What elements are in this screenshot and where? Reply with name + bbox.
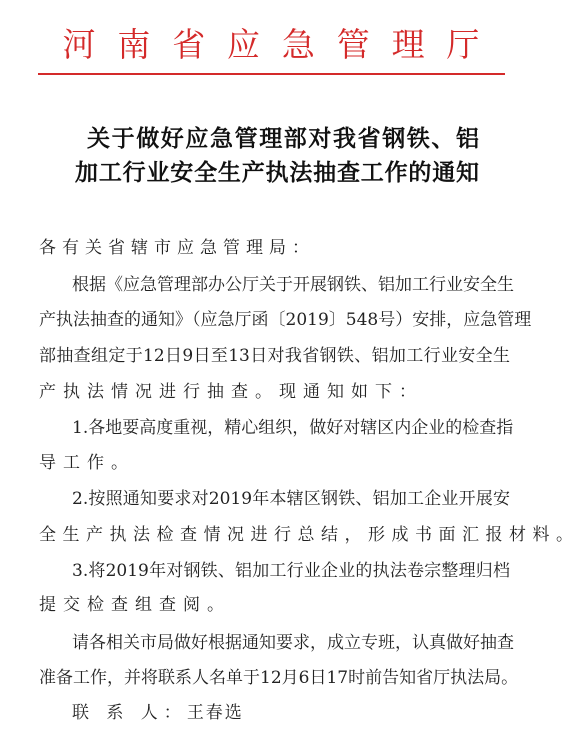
intro-line: 产执法抽查的通知》（应急厅函〔2019〕548号）安排，应急管理 — [39, 308, 510, 332]
closing-line: 准备工作，并将联系人名单于12月6日17时前告知省厅执法局。 — [39, 666, 510, 690]
document-title-line-2: 加工行业安全生产执法抽查工作的通知 — [75, 159, 479, 187]
letterhead-char: 南 — [117, 24, 151, 66]
item-1-line: 1.各地要高度重视，精心组织，做好对辖区内企业的检查指 — [72, 416, 510, 440]
letterhead-organization: 河 南 省 应 急 管 理 厅 — [62, 24, 480, 66]
contact-name: 王春选 — [187, 703, 244, 723]
closing-line: 请各相关市局做好根据通知要求，成立专班，认真做好抽查 — [72, 631, 510, 655]
intro-line: 根据《应急管理部办公厅关于开展钢铁、铝加工行业安全生 — [72, 273, 510, 297]
letterhead-char: 河 — [62, 24, 96, 66]
contact-person: 联 系 人：王春选 — [72, 701, 244, 725]
intro-line: 产执法情况进行抽查。现通知如下： — [39, 380, 510, 404]
item-2-line: 全生产执法检查情况进行总结，形成书面汇报材料。 — [39, 523, 510, 547]
letterhead-char: 省 — [172, 24, 206, 66]
letterhead-char: 理 — [391, 24, 425, 66]
item-3-line: 提交检查组查阅。 — [39, 593, 510, 617]
letterhead-char: 应 — [227, 24, 261, 66]
intro-line: 部抽查组定于12日9日至13日对我省钢铁、铝加工行业安全生 — [39, 344, 510, 368]
letterhead-red-rule — [38, 73, 505, 75]
item-3-line: 3.将2019年对钢铁、铝加工行业企业的执法卷宗整理归档 — [72, 559, 510, 583]
letterhead-char: 管 — [336, 24, 370, 66]
salutation: 各有关省辖市应急管理局： — [39, 236, 510, 260]
item-1-line: 导工作。 — [39, 451, 510, 475]
item-2-line: 2.按照通知要求对2019年本辖区钢铁、铝加工企业开展安 — [72, 487, 510, 511]
letterhead-char: 急 — [281, 24, 315, 66]
letterhead-char: 厅 — [446, 24, 480, 66]
document-title-line-1: 关于做好应急管理部对我省钢铁、铝 — [87, 125, 479, 153]
contact-label: 联 系 人： — [72, 703, 187, 723]
